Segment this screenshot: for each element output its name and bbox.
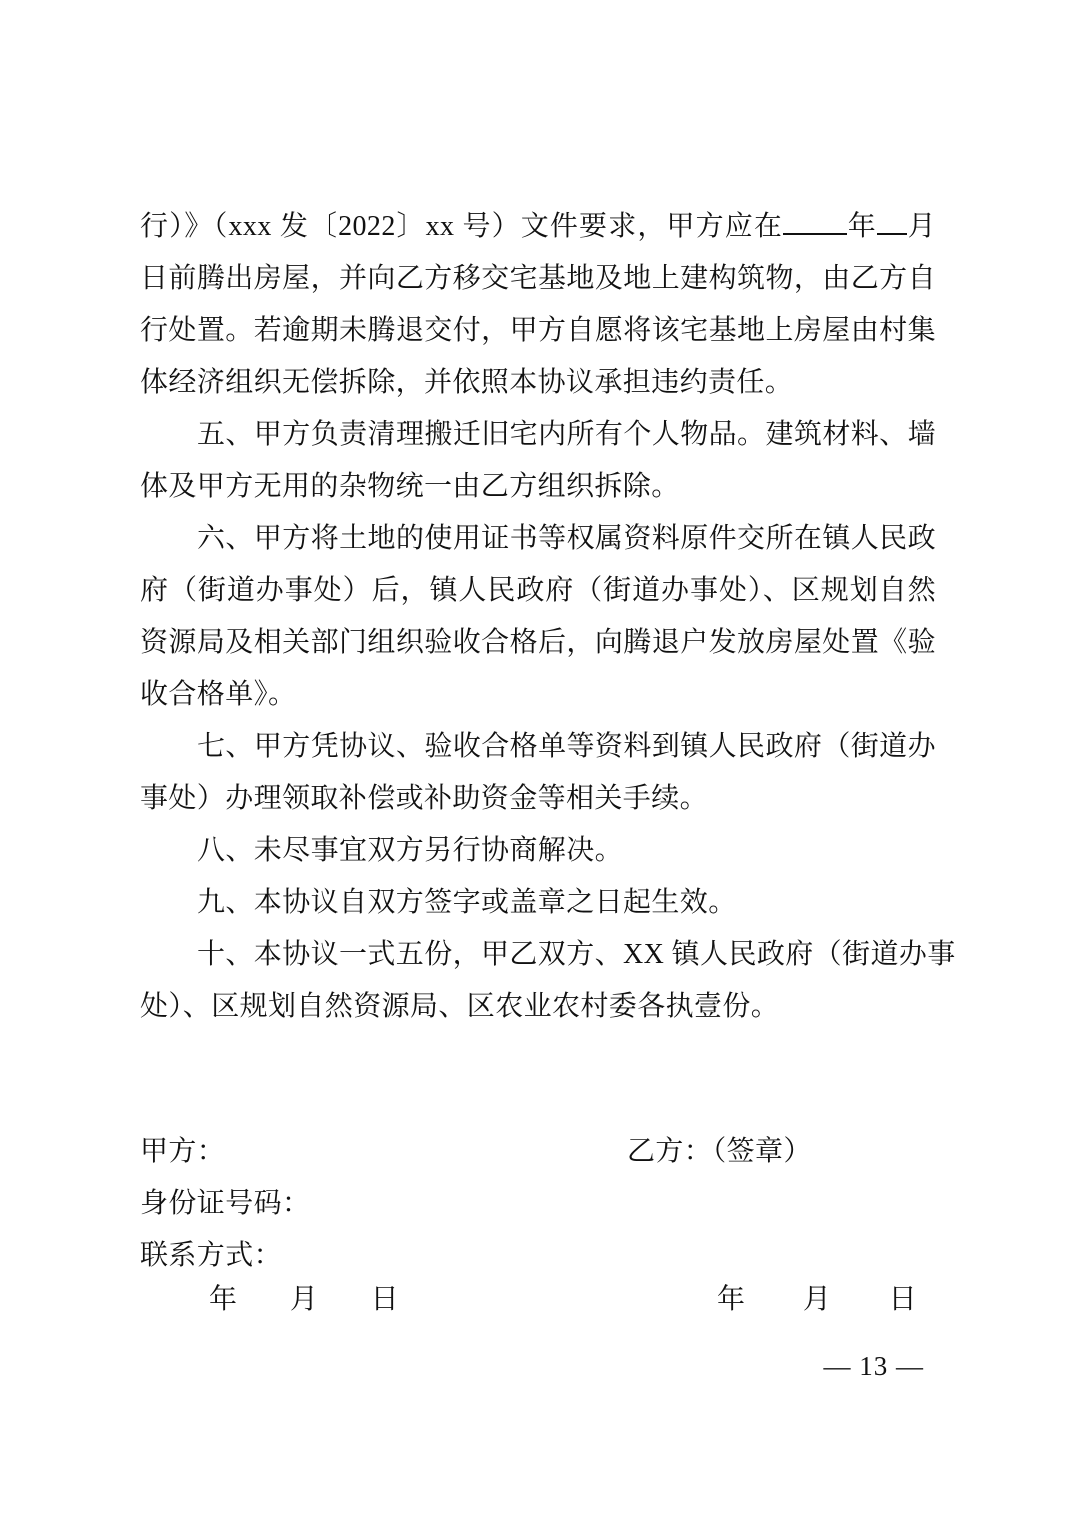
body-text-segment: 收合格单》。 [140,679,296,710]
body-text-segment: 八、未尽事宜双方另行协商解决。 [197,835,623,866]
body-line: 体及甲方无用的杂物统一由乙方组织拆除。 [140,461,936,513]
year-label: 年 [209,1284,237,1315]
page-number: — 13 — [824,1348,925,1384]
body-line: 五、甲方负责清理搬迁旧宅内所有个人物品。建筑材料、墙 [140,409,936,461]
fill-in-blank [783,231,847,235]
date-line-party-b: 年 月 日 [717,1274,917,1326]
body-text-segment: 六、甲方将土地的使用证书等权属资料原件交所在镇人民政 [197,523,936,554]
month-label: 月 [290,1284,318,1315]
body-text-segment: 府（街道办事处）后，镇人民政府（街道办事处）、区规划自然 [140,575,936,606]
date-row: 年 月 日 年 月 日 [140,1274,936,1326]
body-text-segment: 十、本协议一式五份，甲乙双方、XX 镇人民政府（街道办事 [197,939,956,970]
body-line: 处）、区规划自然资源局、区农业农村委各执壹份。 [140,981,936,1033]
body-line: 资源局及相关部门组织验收合格后，向腾退户发放房屋处置《验 [140,617,936,669]
id-number-row: 身份证号码： [140,1178,936,1230]
body-text-segment: 年 [847,211,877,242]
body-text-segment: 体经济组织无偿拆除，并依照本协议承担违约责任。 [140,367,793,398]
body-text-segment: 行处置。若逾期未腾退交付，甲方自愿将该宅基地上房屋由村集 [140,315,936,346]
body-text-segment: 事处）办理领取补偿或补助资金等相关手续。 [140,783,708,814]
body-text-segment: 九、本协议自双方签字或盖章之日起生效。 [197,887,737,918]
body-text-segment: 日前腾出房屋，并向乙方移交宅基地及地上建构筑物，由乙方自 [140,263,936,294]
body-line: 六、甲方将土地的使用证书等权属资料原件交所在镇人民政 [140,513,936,565]
body-line: 府（街道办事处）后，镇人民政府（街道办事处）、区规划自然 [140,565,936,617]
body-line: 十、本协议一式五份，甲乙双方、XX 镇人民政府（街道办事 [140,929,936,981]
contact-label: 联系方式： [140,1240,282,1271]
body-text-segment: 月 [907,211,936,242]
year-label: 年 [717,1284,745,1315]
document-body: 行）》（xxx 发〔2022〕xx 号）文件要求，甲方应在年月日前腾出房屋，并向… [140,201,936,1033]
body-line: 九、本协议自双方签字或盖章之日起生效。 [140,877,936,929]
day-label: 日 [889,1284,917,1315]
body-text-segment: 处）、区规划自然资源局、区农业农村委各执壹份。 [140,991,779,1022]
body-line: 行）》（xxx 发〔2022〕xx 号）文件要求，甲方应在年月 [140,201,936,253]
body-text-segment: 资源局及相关部门组织验收合格后，向腾退户发放房屋处置《验 [140,627,936,658]
fill-in-blank [877,231,907,235]
date-line-party-a: 年 月 日 [140,1274,399,1326]
body-line: 日前腾出房屋，并向乙方移交宅基地及地上建构筑物，由乙方自 [140,253,936,305]
id-number-label: 身份证号码： [140,1188,310,1219]
body-text-segment: 体及甲方无用的杂物统一由乙方组织拆除。 [140,471,680,502]
body-line: 事处）办理领取补偿或补助资金等相关手续。 [140,773,936,825]
parties-row: 甲方： 乙方：（签章） [140,1126,936,1178]
body-line: 八、未尽事宜双方另行协商解决。 [140,825,936,877]
document-page: 行）》（xxx 发〔2022〕xx 号）文件要求，甲方应在年月日前腾出房屋，并向… [0,0,1074,1520]
month-label: 月 [803,1284,831,1315]
body-text-segment: 五、甲方负责清理搬迁旧宅内所有个人物品。建筑材料、墙 [197,419,936,450]
body-line: 行处置。若逾期未腾退交付，甲方自愿将该宅基地上房屋由村集 [140,305,936,357]
body-line: 收合格单》。 [140,669,936,721]
body-line: 体经济组织无偿拆除，并依照本协议承担违约责任。 [140,357,936,409]
signature-block: 甲方： 乙方：（签章） 身份证号码： 联系方式： 年 月 日 年 月 日 [140,1126,936,1326]
body-line: 七、甲方凭协议、验收合格单等资料到镇人民政府（街道办 [140,721,936,773]
body-text-segment: 行）》（xxx 发〔2022〕xx 号）文件要求，甲方应在 [140,211,783,242]
party-b-label: 乙方：（签章） [627,1126,812,1178]
body-text-segment: 七、甲方凭协议、验收合格单等资料到镇人民政府（街道办 [197,731,936,762]
day-label: 日 [371,1284,399,1315]
party-a-label: 甲方： [140,1136,225,1167]
